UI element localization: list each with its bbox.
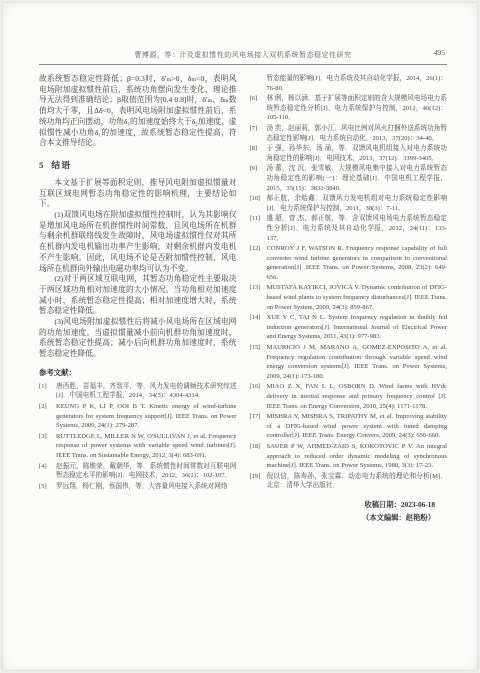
- reference-item: [16] MIAO Z X, FAN L L, OSBORN D. Wind f…: [250, 382, 448, 411]
- page-number: 495: [434, 48, 445, 57]
- reference-item: [17] MISHRA Y, MISHRA S, TRIPATHY M, et …: [250, 412, 448, 441]
- reference-number: [16]: [250, 382, 267, 411]
- reference-text: 罗远翔，杨仁刚，蔡国伟，等．大容量风电接入系统对网络: [56, 482, 237, 492]
- running-title: 曹博源，等：计及虚拟惯性的风电场接入双机系统暂态稳定性研究: [39, 49, 447, 59]
- paper-page: 曹博源，等：计及虚拟惯性的风电场接入双机系统暂态稳定性研究 495 故系统暂态稳…: [3, 3, 477, 670]
- reference-number: [10]: [250, 194, 267, 213]
- reference-item: [14] XUE Y C, TAI N L. System frequency …: [250, 313, 448, 342]
- reference-continuation: 暂态能量的影响[J]．电力系统及其自动化学报，2014，26(1)：76-80．: [250, 74, 448, 93]
- running-header: 曹博源，等：计及虚拟惯性的风电场接入双机系统暂态稳定性研究 495: [39, 49, 447, 61]
- reference-text: MISHRA Y, MISHRA S, TRIPATHY M, et al. I…: [267, 412, 448, 441]
- reference-text: CONROY J F, WATSON R. Frequency response…: [267, 244, 448, 282]
- reference-item: [2] KEUNG P K, LI P, OOI B T. Kinetic en…: [39, 402, 237, 431]
- reference-item: [10] 郝正航，余贻鑫．双馈风力发电机组对电力系统稳定性影响[J]．电力系统保…: [250, 194, 448, 213]
- closing-block: 收稿日期：2023-06-18 （本文编辑：赵艳粉）: [250, 498, 448, 524]
- reference-number: [7]: [250, 124, 267, 143]
- lead-paragraph: 故系统暂态稳定性降低；β=0.3时，δ′ₘ>0，δₘ<0，表明风电场附加虚拟惯性…: [39, 74, 237, 149]
- reference-text: 赵振元，陈维荣，戴朝华，等．系统惯性时间常数对互联电网暂态稳定水平的影响[J]．…: [56, 462, 237, 481]
- conclusion-point-1: (1)双馈风电场在附加虚拟惯性控制时，认为其影响仅是增加风电场所在机群惯性时间常…: [39, 210, 237, 274]
- reference-number: [17]: [250, 412, 267, 441]
- reference-text: KEUNG P K, LI P, OOI B T. Kinetic energy…: [56, 402, 237, 431]
- reference-number: [3]: [39, 432, 56, 461]
- reference-number: [11]: [250, 214, 267, 243]
- reference-number: [2]: [39, 402, 56, 431]
- reference-number: [13]: [250, 283, 267, 312]
- reference-number: [4]: [39, 462, 56, 481]
- reference-text: 郝正航，余贻鑫．双馈风力发电机组对电力系统稳定性影响[J]．电力系统保护与控制，…: [267, 194, 448, 213]
- reference-text: 盛 超，曾 杰，郝正航，等．含双馈风电场电力系统暂态稳定性分析[J]．电力系统及…: [267, 214, 448, 243]
- two-column-layout: 故系统暂态稳定性降低；β=0.3时，δ′ₘ>0，δₘ<0，表明风电场附加虚拟惯性…: [39, 74, 447, 524]
- reference-text: 林 俐，杨以涵．基于扩展等面积定则的含大规模风电场电力系统暂态稳定性分析[J]．…: [267, 94, 448, 123]
- reference-item: [11] 盛 超，曾 杰，郝正航，等．含双馈风电场电力系统暂态稳定性分析[J]．…: [250, 214, 448, 243]
- reference-text: XUE Y C, TAI N L. System frequency regul…: [267, 313, 448, 342]
- reference-item: [6] 林 俐，杨以涵．基于扩展等面积定则的含大规模风电场电力系统暂态稳定性分析…: [250, 94, 448, 123]
- section-number: 5: [39, 160, 44, 170]
- editor-note: （本文编辑：赵艳粉）: [250, 511, 436, 524]
- reference-item: [3] RUTTLEDGE L, MILLER N W, O'SULLIVAN …: [39, 432, 237, 461]
- reference-item: [19] 倪以信，陈寿孙，张宝霖．动态电力系统的理论和分析[M]．北京：清华大学…: [250, 472, 448, 491]
- received-date: 收稿日期：2023-06-18: [250, 498, 436, 511]
- reference-item: [4] 赵振元，陈维荣，戴朝华，等．系统惯性时间常数对互联电网暂态稳定水平的影响…: [39, 462, 237, 481]
- left-column: 故系统暂态稳定性降低；β=0.3时，δ′ₘ>0，δₘ<0，表明风电场附加虚拟惯性…: [39, 74, 237, 524]
- reference-item: [15] MAURICIO J M, MARANO A, GOMEZ-EXPOS…: [250, 343, 448, 381]
- section-heading-conclusion: 5结语: [39, 158, 237, 171]
- reference-item: [8] 于 强，孙华东，汤 涌，等．双馈风电机组接入对电力系统功角稳定性的影响[…: [250, 144, 448, 163]
- reference-item: [1] 唐西胜，苗福丰，齐智平，等．风力发电的调频技术研究综述[J]．中国电机工…: [39, 382, 237, 401]
- reference-number: [1]: [39, 382, 56, 401]
- header-rule: [39, 64, 447, 65]
- references-heading: 参考文献：: [39, 367, 237, 378]
- reference-item: [7] 汤 奕，赵丽莉，郭小江．风电比例对风火打捆外送系统功角暂态稳定性影响[J…: [250, 124, 448, 143]
- reference-text: 于 强，孙华东，汤 涌，等．双馈风电机组接入对电力系统功角稳定性的影响[J]．电…: [267, 144, 448, 163]
- reference-item: [9] 汤 蕾，沈 沉，张雪敏．大规模风电集中接入对电力系统暂态功角稳定性的影响…: [250, 164, 448, 193]
- section-title: 结语: [51, 160, 71, 170]
- reference-number: [12]: [250, 244, 267, 282]
- reference-text: 汤 奕，赵丽莉，郭小江．风电比例对风火打捆外送系统功角暂态稳定性影响[J]．电力…: [267, 124, 448, 143]
- reference-text: MIAO Z X, FAN L L, OSBORN D. Wind farms …: [267, 382, 448, 411]
- reference-text: 汤 蕾，沈 沉，张雪敏．大规模风电集中接入对电力系统暂态功角稳定性的影响(一)：…: [267, 164, 448, 193]
- reference-item: [12] CONROY J F, WATSON R. Frequency res…: [250, 244, 448, 282]
- right-column: 暂态能量的影响[J]．电力系统及其自动化学报，2014，26(1)：76-80．…: [250, 74, 448, 524]
- conclusion-paragraph: 本文基于扩展等面积定则，推导风电附加虚拟惯量对互联区域电网暂态功角稳定性的影响机…: [39, 178, 237, 210]
- reference-text: MUSTAFA KAYIKCI, JOVICA V. Dynamic contr…: [267, 283, 448, 312]
- reference-item: [5] 罗远翔，杨仁刚，蔡国伟，等．大容量风电接入系统对网络: [39, 482, 237, 492]
- reference-number: [9]: [250, 164, 267, 193]
- reference-number: [18]: [250, 442, 267, 471]
- reference-number: [14]: [250, 313, 267, 342]
- reference-number: [5]: [39, 482, 56, 492]
- reference-number: [19]: [250, 472, 267, 491]
- reference-item: [18] SAUER P W, AHMED-ZAID S, KOKOTOVIC …: [250, 442, 448, 471]
- reference-text: MAURICIO J M, MARANO A, GOMEZ-EXPOSITO A…: [267, 343, 448, 381]
- reference-item: [13] MUSTAFA KAYIKCI, JOVICA V. Dynamic …: [250, 283, 448, 312]
- reference-number: [6]: [250, 94, 267, 123]
- reference-text: RUTTLEDGE L, MILLER N W, O'SULLIVAN J, e…: [56, 432, 237, 461]
- reference-text: 倪以信，陈寿孙，张宝霖．动态电力系统的理论和分析[M]．北京：清华大学出版社．: [267, 472, 448, 491]
- reference-text: 唐西胜，苗福丰，齐智平，等．风力发电的调频技术研究综述[J]．中国电机工程学报，…: [56, 382, 237, 401]
- conclusion-point-3: (3)风电场附加虚拟惯性后将减小风电场所在区域电网的功角加速度。当虚拟惯量减小前…: [39, 317, 237, 360]
- reference-number: [8]: [250, 144, 267, 163]
- reference-number: [15]: [250, 343, 267, 381]
- conclusion-point-2: (2)对于两区域互联电网，其暂态功角稳定性主要取决于两区域功角相对加速度的大小情…: [39, 274, 237, 317]
- reference-text: SAUER P W, AHMED-ZAID S, KOKOTOVIC P V. …: [267, 442, 448, 471]
